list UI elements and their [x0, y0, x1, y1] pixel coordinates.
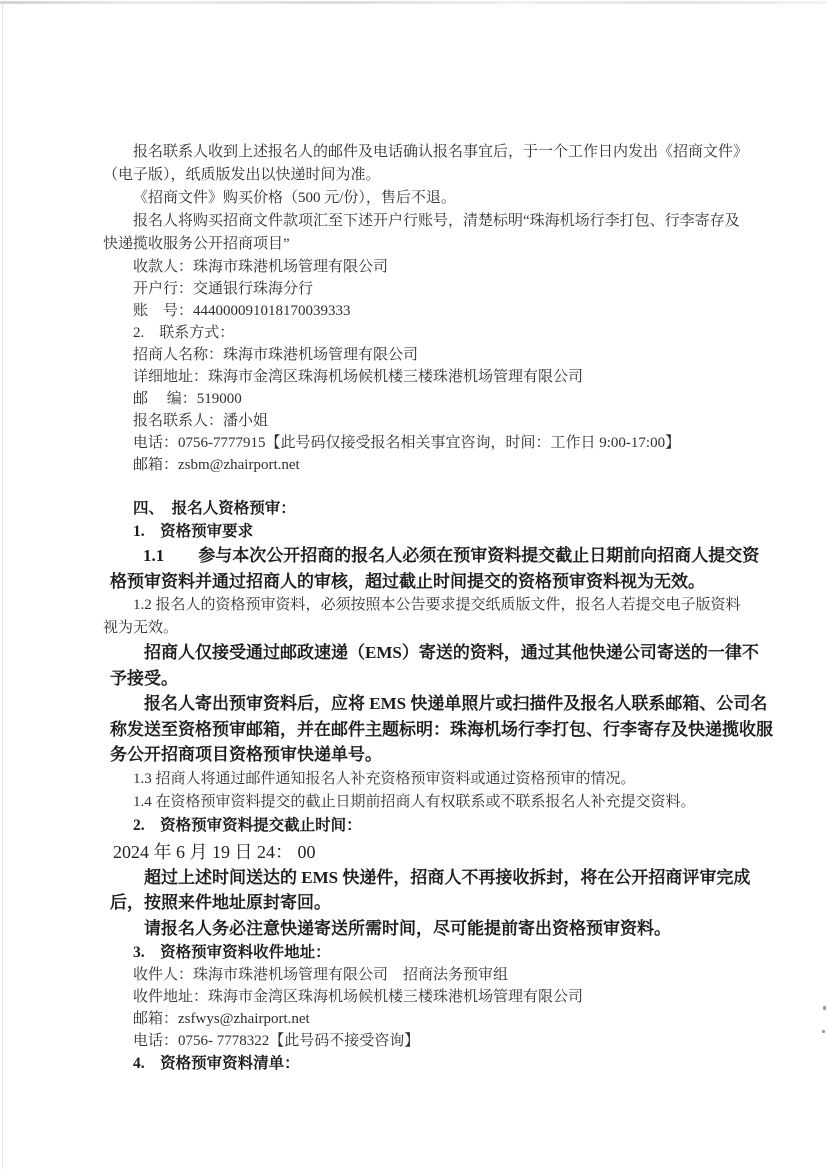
- para-mailing-reminder: 请报名人务必注意快递寄送所需时间，尽可能提前寄出资格预审资料。: [110, 916, 775, 942]
- para-1-3: 1.3 招商人将通过邮件通知报名人补充资格预审资料或通过资格预审的情况。: [103, 768, 749, 791]
- para-remit-instruction: 报名人将购买招商文件款项汇至下述开户行账号，清楚标明“珠海机场行李打包、行李寄存…: [103, 210, 749, 256]
- para-purchase-price: 《招商文件》购买价格（500 元/份），售后不退。: [103, 187, 749, 210]
- para-1-2: 1.2 报名人的资格预审资料，必须按照本公告要求提交纸质版文件，报名人若提交电子…: [103, 594, 749, 640]
- line-recipient: 收件人：珠海市珠港机场管理有限公司 招商法务预审组: [103, 964, 749, 986]
- scan-speck: [823, 1006, 826, 1010]
- line-payee: 收款人：珠海市珠港机场管理有限公司: [103, 256, 749, 278]
- heading-mailing-address: 3. 资格预审资料收件地址：: [103, 941, 749, 964]
- para-send-proof: 报名人寄出预审资料后，应将 EMS 快递单照片或扫描件及报名人联系邮箱、公司名称…: [110, 691, 775, 768]
- line-deadline-date: 2024 年 6 月 19 日 24： 00: [103, 839, 749, 865]
- heading-checklist: 4. 资格预审资料清单：: [103, 1052, 749, 1075]
- line-prequal-email: 邮箱：zsfwys@zhairport.net: [103, 1008, 749, 1030]
- heading-contact-info: 2. 联系方式：: [103, 322, 749, 344]
- scanned-document-page: 报名联系人收到上述报名人的邮件及电话确认报名事宜后，于一个工作日内发出《招商文件…: [0, 0, 827, 1169]
- para-overdue-return: 超过上述时间送达的 EMS 快递件，招商人不再接收拆封，将在公开招商评审完成后，…: [110, 865, 775, 916]
- para-1-1: 1.1 参与本次公开招商的报名人必须在预审资料提交截止日期前向招商人提交资格预审…: [110, 543, 775, 594]
- line-signup-contact: 报名联系人：潘小姐: [103, 410, 749, 432]
- line-prequal-phone: 电话：0756- 7778322【此号码不接受咨询】: [103, 1030, 749, 1052]
- heading-deadline: 2. 资格预审资料提交截止时间：: [103, 814, 749, 837]
- para-issue-notice: 报名联系人收到上述报名人的邮件及电话确认报名事宜后，于一个工作日内发出《招商文件…: [103, 141, 749, 187]
- scan-edge-artifact-left: [2, 3, 3, 1169]
- document-body: 报名联系人收到上述报名人的邮件及电话确认报名事宜后，于一个工作日内发出《招商文件…: [103, 141, 749, 1075]
- scan-edge-artifact-top: [0, 1, 827, 4]
- line-account-number: 账 号：444000091018170039333: [103, 300, 749, 322]
- para-ems-only: 招商人仅接受通过邮政速递（EMS）寄送的资料，通过其他快递公司寄送的一律不予接受…: [110, 640, 775, 691]
- line-signup-phone: 电话：0756-7777915【此号码仅接受报名相关事宜咨询，时间：工作日 9:…: [103, 432, 749, 454]
- para-1-4: 1.4 在资格预审资料提交的截止日期前招商人有权联系或不联系报名人补充提交资料。: [103, 791, 749, 814]
- heading-requirements: 1. 资格预审要求: [103, 520, 749, 543]
- line-mailing-address: 收件地址：珠海市金湾区珠海机场候机楼三楼珠港机场管理有限公司: [103, 986, 749, 1008]
- line-postcode: 邮 编：519000: [103, 388, 749, 410]
- line-signup-email: 邮箱：zsbm@zhairport.net: [103, 454, 749, 476]
- line-inviter-name: 招商人名称：珠海市珠港机场管理有限公司: [103, 344, 749, 366]
- scan-speck: [822, 1030, 825, 1033]
- line-detail-address: 详细地址：珠海市金湾区珠海机场候机楼三楼珠港机场管理有限公司: [103, 366, 749, 388]
- heading-section-four: 四、 报名人资格预审：: [103, 497, 749, 520]
- line-bank: 开户行：交通银行珠海分行: [103, 278, 749, 300]
